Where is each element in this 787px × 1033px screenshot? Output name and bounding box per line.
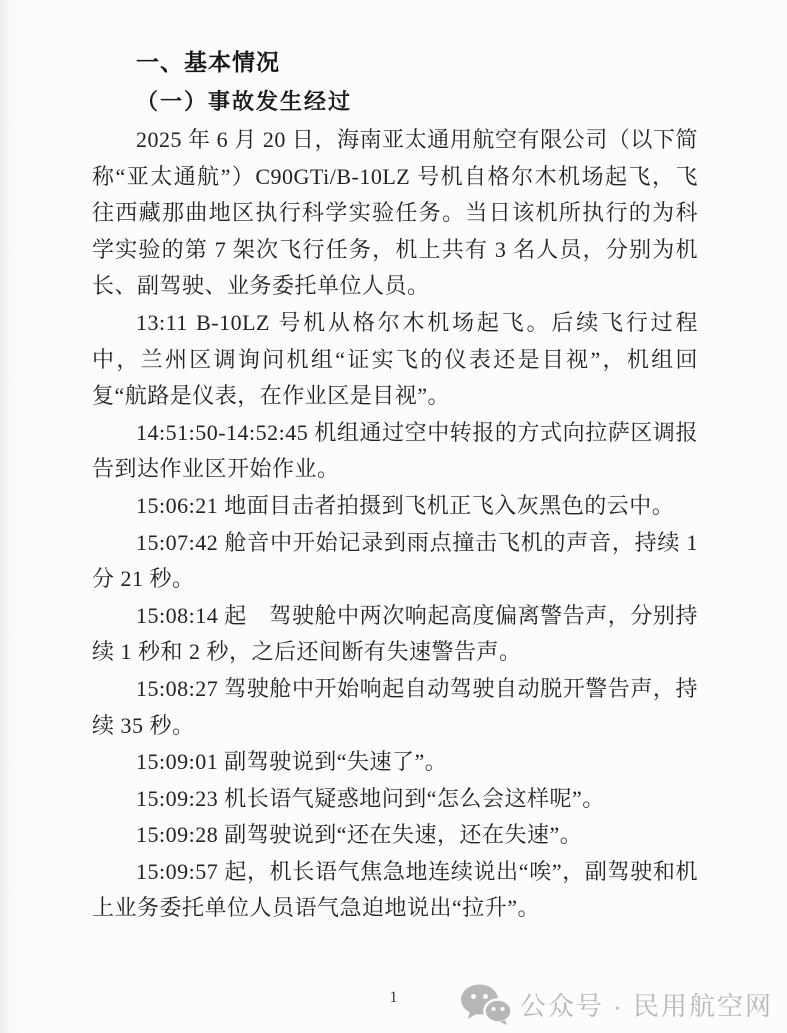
paragraph: 15:09:01 副驾驶说到“失速了”。 [92,744,698,781]
paragraph: 15:08:14 起 驾驶舱中两次响起高度偏离警告声，分别持续 1 秒和 2 秒… [92,598,698,671]
paragraph: 2025 年 6 月 20 日，海南亚太通用航空有限公司（以下简称“亚太通航”）… [92,122,698,305]
document-page: 一、基本情况 （一）事故发生经过 2025 年 6 月 20 日，海南亚太通用航… [0,0,787,1033]
watermark: 公众号 · 民用航空网 [460,983,773,1025]
paragraph: 15:08:27 驾驶舱中开始响起自动驾驶自动脱开警告声，持续 35 秒。 [92,671,698,744]
paragraph: 15:09:28 副驾驶说到“还在失速，还在失速”。 [92,817,698,854]
paragraph: 15:06:21 地面目击者拍摄到飞机正飞入灰黑色的云中。 [92,488,698,525]
subsection-heading: （一）事故发生经过 [136,82,698,122]
section-heading: 一、基本情况 [136,42,698,82]
paragraph: 13:11 B-10LZ 号机从格尔木机场起飞。后续飞行过程中，兰州区调询问机组… [92,305,698,415]
paragraph: 14:51:50-14:52:45 机组通过空中转报的方式向拉萨区调报告到达作业… [92,415,698,488]
body-text: 2025 年 6 月 20 日，海南亚太通用航空有限公司（以下简称“亚太通航”）… [92,122,698,927]
watermark-text: 公众号 · 民用航空网 [520,986,773,1023]
paragraph: 15:07:42 舱音中开始记录到雨点撞击飞机的声音，持续 1 分 21 秒。 [92,525,698,598]
paragraph: 15:09:57 起，机长语气焦急地连续说出“唉”，副驾驶和机上业务委托单位人员… [92,854,698,927]
paragraph: 15:09:23 机长语气疑惑地问到“怎么会这样呢”。 [92,781,698,818]
document-content: 一、基本情况 （一）事故发生经过 2025 年 6 月 20 日，海南亚太通用航… [92,42,698,927]
wechat-icon [460,983,512,1025]
